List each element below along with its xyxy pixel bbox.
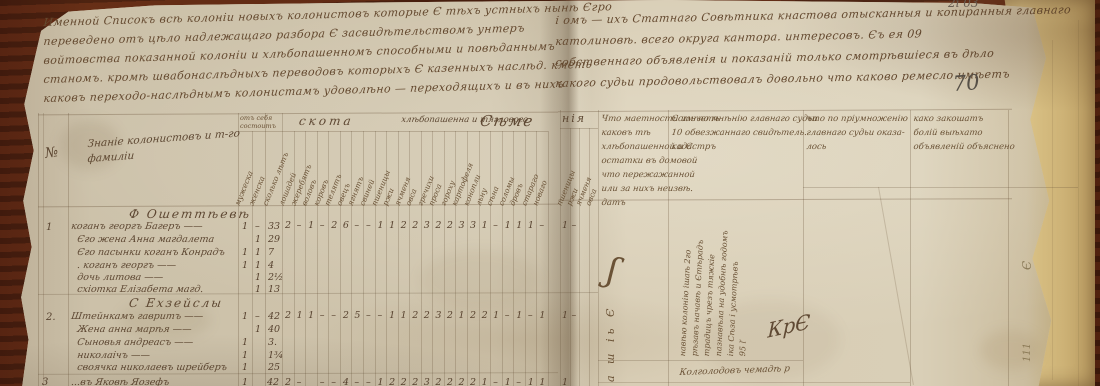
table-rule-v bbox=[432, 131, 433, 386]
cell-value: 2 bbox=[470, 377, 476, 386]
wide-col-header: или за нихъ неизвѣ. bbox=[601, 184, 694, 194]
cell-value: 2 bbox=[424, 310, 430, 321]
cell-value: 2 bbox=[435, 377, 441, 386]
colonist-name: коганъ георгъ Багеръ —— bbox=[70, 221, 203, 232]
corner-pencil-mark: 2і 03 bbox=[948, 0, 979, 10]
wide-col-header: остатки въ домовой bbox=[601, 156, 698, 166]
cattle-group-label: скота bbox=[298, 114, 355, 128]
cell-seed-value: – bbox=[572, 310, 577, 321]
cell-value: 1 bbox=[378, 377, 384, 386]
cell-value: – bbox=[378, 310, 383, 321]
table-rule-v bbox=[1078, 20, 1079, 386]
cell-value: 6 bbox=[343, 220, 349, 231]
wide-col-header: Єсть по мнѣнію главнаго судьи bbox=[671, 114, 818, 124]
cell-value: – bbox=[354, 377, 359, 386]
paper-stain bbox=[700, 300, 840, 380]
colA-rotated-note: а ш іь Є bbox=[604, 305, 617, 382]
cell-value: – bbox=[505, 310, 510, 321]
cell-value: 1 bbox=[539, 310, 545, 321]
page-number: 70 bbox=[952, 70, 980, 96]
table-rule-v bbox=[589, 128, 590, 386]
table-rule-v bbox=[351, 131, 352, 386]
cell-value: – bbox=[539, 220, 544, 231]
cell-value: 2 bbox=[482, 310, 488, 321]
cell-value: 3 bbox=[424, 220, 430, 231]
table-rule-v bbox=[421, 131, 422, 386]
paper-stain bbox=[980, 330, 1040, 370]
colonist-name: схіотка Елізабета магд. bbox=[76, 284, 204, 295]
cell-value: 1 bbox=[482, 377, 488, 386]
cell-value: 2 bbox=[412, 310, 418, 321]
cell-value: – bbox=[516, 377, 521, 386]
cell-value: – bbox=[493, 377, 498, 386]
flourish-mark: ʃ bbox=[604, 250, 621, 291]
page-content: Именной Списокъ всѣ колоніи новыхъ колон… bbox=[0, 0, 1100, 386]
cell-age: 42 bbox=[268, 311, 280, 322]
cell-female: 1 bbox=[255, 324, 261, 335]
cell-value: 3 bbox=[470, 220, 476, 231]
table-rule-v bbox=[579, 128, 580, 386]
cell-value: 1 bbox=[308, 310, 314, 321]
cell-value: 2 bbox=[285, 377, 291, 386]
family-number: 3 bbox=[42, 377, 48, 386]
table-rule-v bbox=[265, 113, 266, 386]
table-rule-v bbox=[1052, 40, 1053, 380]
cell-value: 1 bbox=[389, 310, 395, 321]
table-rule-h bbox=[558, 109, 1012, 112]
cell-female: – bbox=[255, 311, 260, 322]
stray-diagonal-rule bbox=[878, 187, 914, 385]
seed-group-label-right: нія bbox=[562, 112, 586, 125]
manuscript-photo: Именной Списокъ всѣ колоніи новыхъ колон… bbox=[0, 0, 1100, 386]
section-heading: Ф Ошеттѣевѣ bbox=[128, 207, 252, 221]
table-rule-h bbox=[803, 187, 1078, 188]
table-rule-v bbox=[328, 131, 329, 386]
family-number: 2. bbox=[46, 312, 56, 323]
cell-value: 2 bbox=[343, 310, 349, 321]
cell-value: 1 bbox=[516, 310, 522, 321]
title-line-right: какого судьи продовольствовалъ довольно … bbox=[555, 67, 1011, 90]
table-rule-v bbox=[252, 131, 253, 386]
paper-stain bbox=[420, 250, 540, 310]
cell-value: 5 bbox=[354, 310, 360, 321]
cell-value: – bbox=[493, 220, 498, 231]
wide-col-header: объявленій объяснено bbox=[913, 142, 1015, 152]
cell-age: 42 bbox=[267, 377, 279, 386]
cell-male: 1 bbox=[242, 247, 248, 258]
cell-value: 1 bbox=[505, 377, 511, 386]
cell-seed-value: 1 bbox=[562, 220, 568, 231]
table-rule-v bbox=[398, 131, 399, 386]
colonist-name: дочь литова —— bbox=[76, 272, 163, 283]
cell-value: 1 bbox=[458, 310, 464, 321]
cell-value: 1 bbox=[539, 377, 545, 386]
paper-stain bbox=[120, 300, 210, 340]
cell-value: 1 bbox=[378, 220, 384, 231]
table-rule-v bbox=[38, 113, 39, 386]
cell-female: 1 bbox=[255, 234, 261, 245]
cell-value: 2 bbox=[285, 310, 291, 321]
cell-male: 1 bbox=[242, 350, 248, 361]
cell-value: – bbox=[366, 377, 371, 386]
table-rule-v bbox=[409, 131, 410, 386]
cell-value: 1 bbox=[308, 220, 314, 231]
cell-value: – bbox=[354, 220, 359, 231]
cell-value: 1 bbox=[297, 310, 303, 321]
cell-value: 2 bbox=[401, 220, 407, 231]
cell-value: 1 bbox=[528, 377, 534, 386]
table-rule-v bbox=[570, 128, 571, 386]
colonist-name: николаічъ —— bbox=[76, 350, 150, 361]
cell-value: 3 bbox=[435, 310, 441, 321]
table-rule-v bbox=[548, 131, 549, 386]
self-group-label: отъ себя bbox=[240, 114, 272, 122]
wide-col-header: датъ bbox=[601, 198, 626, 208]
cell-age: 40 bbox=[268, 324, 280, 335]
cell-value: – bbox=[320, 377, 325, 386]
cell-value: 3 bbox=[424, 377, 430, 386]
cell-value: 2 bbox=[331, 220, 337, 231]
wide-col-header: лось bbox=[806, 142, 827, 152]
table-rule-v bbox=[43, 113, 44, 386]
cell-value: – bbox=[331, 310, 336, 321]
cell-value: 1 bbox=[482, 220, 488, 231]
cell-value: – bbox=[320, 310, 325, 321]
cell-value: 1 bbox=[401, 310, 407, 321]
cell-age: 25 bbox=[268, 362, 280, 373]
cell-value: 4 bbox=[343, 377, 349, 386]
cell-male: 1 bbox=[242, 260, 248, 271]
table-rule-v bbox=[525, 131, 526, 386]
cell-value: 2 bbox=[412, 220, 418, 231]
table-rule-v bbox=[238, 113, 239, 386]
wide-col-header: каковъ тѣ bbox=[601, 128, 651, 138]
cell-value: – bbox=[320, 220, 325, 231]
cell-value: 2 bbox=[470, 310, 476, 321]
table-rule-h bbox=[598, 382, 910, 383]
title-line-right: католиновѣ. всего округа кантора. интере… bbox=[555, 27, 923, 48]
table-rule-v bbox=[560, 110, 561, 386]
wide-col-header: что по пріумноженію bbox=[806, 114, 908, 124]
cell-seed-value: – bbox=[572, 220, 577, 231]
cell-value: 1 bbox=[493, 310, 499, 321]
cell-value: 2 bbox=[412, 377, 418, 386]
table-rule-v bbox=[317, 131, 318, 386]
cell-age: 7 bbox=[268, 247, 274, 258]
no-col-header: № bbox=[44, 144, 59, 162]
cell-value: 1 bbox=[516, 220, 522, 231]
table-rule-v bbox=[536, 131, 537, 386]
table-rule-v bbox=[910, 110, 911, 386]
cell-value: 2 bbox=[285, 220, 291, 231]
wide-col-header: кадастръ bbox=[671, 142, 717, 152]
cell-seed-value: 1 bbox=[562, 310, 568, 321]
cell-female: 1 bbox=[255, 260, 261, 271]
cell-female: – bbox=[255, 221, 260, 232]
title-line-right: собственнаго объявленія и показаній толь… bbox=[555, 47, 995, 69]
cell-female: 1 bbox=[255, 247, 261, 258]
table-rule-v bbox=[363, 131, 364, 386]
wide-col-header: 10 обвезжаннаго свидѣтель. bbox=[671, 128, 808, 138]
cell-value: 2 bbox=[447, 377, 453, 386]
table-rule-v bbox=[340, 131, 341, 386]
cell-value: – bbox=[528, 310, 533, 321]
wide-col-header: что пережажанной bbox=[601, 170, 695, 180]
wide-col-header: главнаго судьи оказа- bbox=[806, 128, 905, 138]
cell-value: – bbox=[297, 377, 302, 386]
cell-value: 2 bbox=[401, 377, 407, 386]
cell-seed-value: 1 bbox=[562, 377, 568, 386]
table-rule-v bbox=[598, 110, 599, 386]
table-rule-v bbox=[294, 131, 295, 386]
title-line-right: і омъ — ихъ Статнаго Совѣтника кнастова … bbox=[555, 3, 1072, 27]
cell-age: 4 bbox=[268, 260, 274, 271]
wide-col-header: болій выѣхато bbox=[913, 128, 983, 138]
cell-value: 2 bbox=[389, 377, 395, 386]
cell-value: 1 bbox=[528, 220, 534, 231]
cell-male: 1 bbox=[242, 221, 248, 232]
paper-stain bbox=[60, 120, 120, 170]
edge-mark: Є bbox=[1020, 261, 1034, 270]
cell-value: 2 bbox=[447, 220, 453, 231]
cell-value: – bbox=[331, 377, 336, 386]
wide-col-header: како закошатъ bbox=[913, 114, 984, 124]
cell-age: 33 bbox=[268, 221, 280, 232]
seed-group-label-left: Сѣме bbox=[479, 112, 536, 130]
cell-value: 1 bbox=[389, 220, 395, 231]
title-line-left: Именной Списокъ всѣ колоніи новыхъ колон… bbox=[43, 0, 613, 29]
cell-male: 1 bbox=[242, 311, 248, 322]
cell-value: – bbox=[297, 220, 302, 231]
colonist-name: ...въ Яковѣ Яозефъ bbox=[70, 377, 169, 386]
colonist-name: Єго жена Анна магдалета bbox=[76, 234, 214, 245]
colonist-name: своячка николаевъ шрейберъ bbox=[76, 362, 227, 373]
table-rule-v bbox=[375, 131, 376, 386]
colonist-name: Єго пасынки коганъ Конрадъ bbox=[76, 247, 225, 258]
cell-age: 3. bbox=[268, 337, 277, 348]
cell-age: 29 bbox=[268, 234, 280, 245]
cell-age: 1¾ bbox=[268, 350, 283, 361]
cell-value: 2 bbox=[458, 377, 464, 386]
colonist-name: . коганъ георгъ —— bbox=[76, 260, 176, 271]
cell-male: 1 bbox=[242, 362, 248, 373]
cell-male: 1 bbox=[242, 337, 248, 348]
cell-value: 2 bbox=[435, 220, 441, 231]
cell-male: 1 bbox=[242, 377, 248, 386]
cell-value: 2 bbox=[447, 310, 453, 321]
self-group-label: состоитъ bbox=[240, 122, 276, 130]
cell-age: 2½ bbox=[268, 272, 283, 283]
cell-value: – bbox=[366, 220, 371, 231]
family-number: 1 bbox=[46, 222, 52, 233]
cell-female: 1 bbox=[255, 284, 261, 295]
cell-value: – bbox=[366, 310, 371, 321]
cell-female: 1 bbox=[255, 272, 261, 283]
cell-value: 3 bbox=[458, 220, 464, 231]
cell-value: 1 bbox=[505, 220, 511, 231]
cell-age: 13 bbox=[268, 284, 280, 295]
